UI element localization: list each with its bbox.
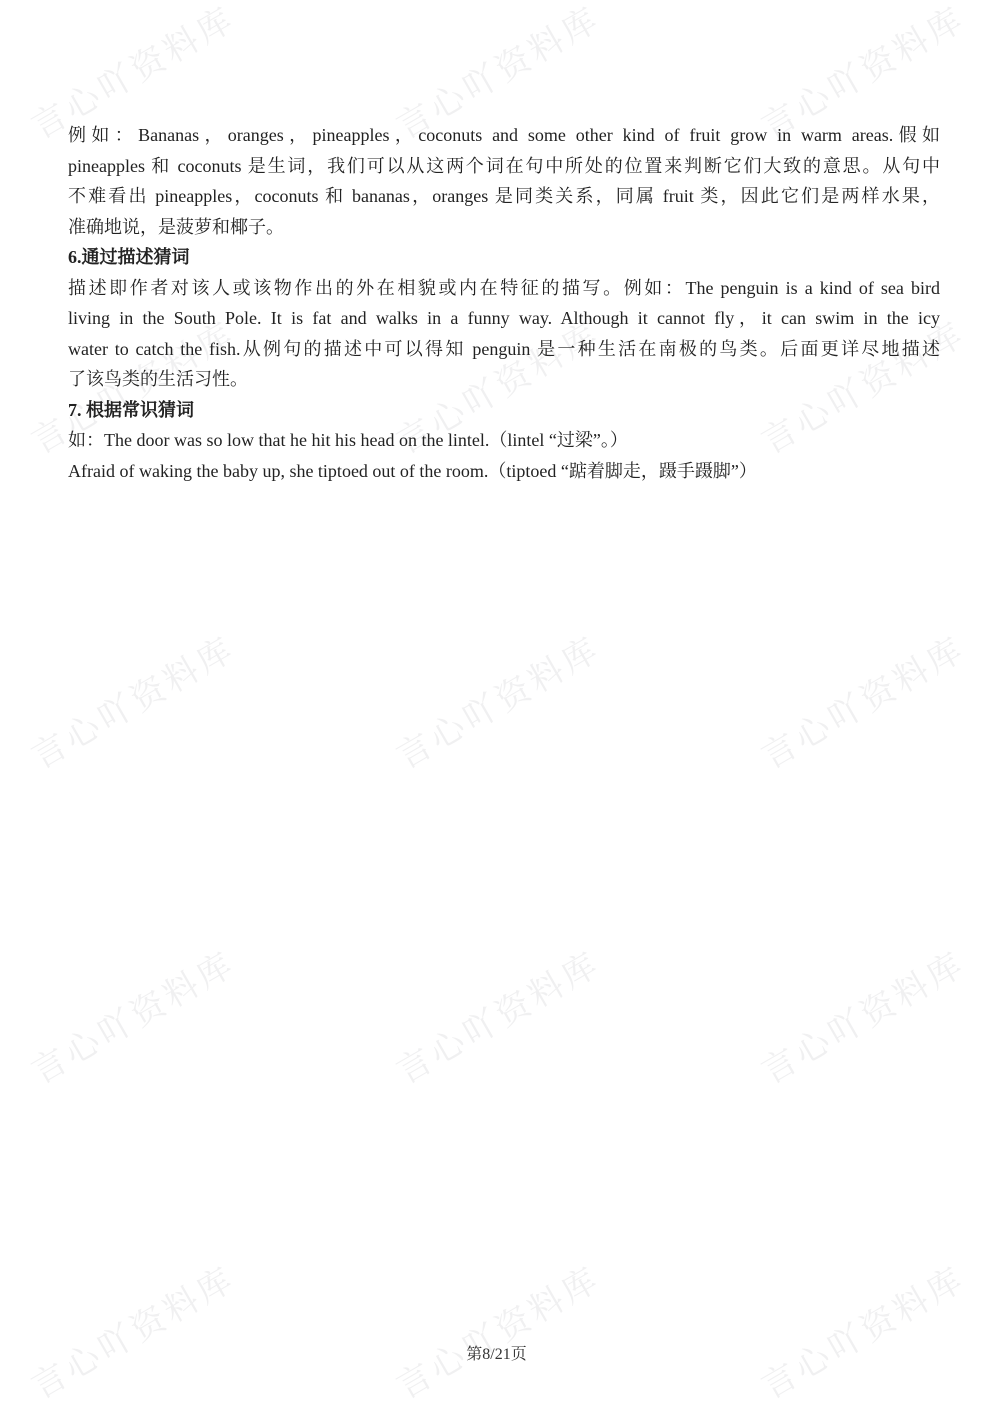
paragraph-line: 不难看出 pineapples，coconuts 和 bananas，orang… <box>68 181 940 212</box>
paragraph-line: 准确地说，是菠萝和椰子。 <box>68 212 940 243</box>
watermark-text: 言心吖资料库 <box>751 1252 973 1403</box>
watermark-text: 言心吖资料库 <box>21 1252 243 1403</box>
document-page: 言心吖资料库言心吖资料库言心吖资料库言心吖资料库言心吖资料库言心吖资料库言心吖资… <box>0 0 993 1403</box>
paragraph-line: 了该鸟类的生活习性。 <box>68 364 940 395</box>
paragraph-line: 描述即作者对该人或该物作出的外在相貌或内在特征的描写。例如：The pengui… <box>68 273 940 304</box>
watermark-text: 言心吖资料库 <box>21 622 243 778</box>
watermark-text: 言心吖资料库 <box>751 937 973 1093</box>
watermark-text: 言心吖资料库 <box>21 937 243 1093</box>
watermark-text: 言心吖资料库 <box>386 937 608 1093</box>
watermark-text: 言心吖资料库 <box>751 622 973 778</box>
paragraph-line: 例如：Bananas，oranges，pineapples，coconuts a… <box>68 120 940 151</box>
page-number: 第8/21页 <box>0 1341 993 1364</box>
watermark-text: 言心吖资料库 <box>386 1252 608 1403</box>
section-heading: 6.通过描述猜词 <box>68 242 940 273</box>
paragraph-line: 如：The door was so low that he hit his he… <box>68 425 940 456</box>
document-content: 例如：Bananas，oranges，pineapples，coconuts a… <box>68 120 940 486</box>
watermark-text: 言心吖资料库 <box>386 622 608 778</box>
paragraph-line: living in the South Pole. It is fat and … <box>68 303 940 334</box>
paragraph-line: Afraid of waking the baby up, she tiptoe… <box>68 456 940 487</box>
paragraph-line: water to catch the fish.从例句的描述中可以得知 peng… <box>68 334 940 365</box>
paragraph-line: pineapples 和 coconuts 是生词，我们可以从这两个词在句中所处… <box>68 151 940 182</box>
section-heading: 7. 根据常识猜词 <box>68 395 940 426</box>
